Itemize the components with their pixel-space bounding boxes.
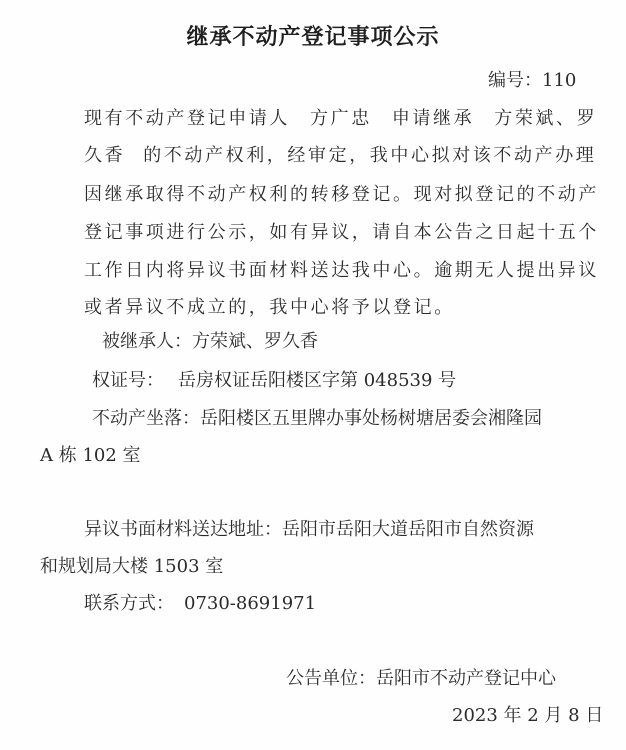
certificate-field: 权证号：岳房权证岳阳楼区字第 048539 号 (92, 366, 456, 392)
applicant-name: 方广忠 (310, 108, 372, 129)
location-value-line1: 岳阳楼区五里牌办事处杨树塘居委会湘隆园 (200, 408, 542, 429)
body-line-3: 因继承取得不动产权利的转移登记。现对拟登记的不动产 (84, 180, 599, 206)
objection-address-label: 异议书面材料送达地址： (84, 519, 282, 540)
notice-date: 2023 年 2 月 8 日 (452, 701, 603, 727)
body-text: 的不动产权利，经审定，我中心拟对该不动产办理 (143, 145, 596, 166)
certificate-label: 权证号： (92, 370, 164, 391)
body-text: 现有不动产登记申请人 (84, 108, 290, 129)
body-line-2: 久香的不动产权利，经审定，我中心拟对该不动产办理 (84, 141, 596, 167)
contact-value: 0730-8691971 (184, 593, 316, 614)
serial-value: 110 (542, 70, 576, 91)
serial-number: 编号：110 (488, 66, 576, 92)
body-text: 申请继承 (392, 108, 474, 129)
contact-label: 联系方式： (84, 593, 174, 614)
objection-address-line2: 和规划局大楼 1503 室 (40, 552, 223, 578)
notice-title: 继承不动产登记事项公示 (0, 20, 626, 51)
objection-address-line1: 岳阳市岳阳大道岳阳市自然资源 (282, 519, 534, 540)
decedent-names-part1: 方荣斌、罗 (494, 108, 597, 129)
decedent-names-part2: 久香 (84, 145, 125, 166)
issuer-value: 岳阳市不动产登记中心 (376, 668, 556, 689)
notice-page: 继承不动产登记事项公示 编号：110 现有不动产登记申请人方广忠申请继承方荣斌、… (0, 0, 626, 750)
location-value-line2: A 栋 102 室 (40, 441, 141, 467)
location-label: 不动产坐落： (92, 408, 200, 429)
issuer-field: 公告单位：岳阳市不动产登记中心 (286, 664, 556, 690)
contact-field: 联系方式：0730-8691971 (84, 589, 316, 615)
body-line-4: 登记事项进行公示，如有异议，请自本公告之日起十五个 (84, 218, 599, 244)
decedent-value: 方荣斌、罗久香 (192, 331, 318, 352)
issuer-label: 公告单位： (286, 668, 376, 689)
decedent-field: 被继承人：方荣斌、罗久香 (102, 327, 318, 353)
decedent-label: 被继承人： (102, 331, 192, 352)
body-line-5: 工作日内将异议书面材料送达我中心。逾期无人提出异议 (84, 256, 599, 282)
serial-label: 编号： (488, 70, 542, 91)
objection-address-field: 异议书面材料送达地址：岳阳市岳阳大道岳阳市自然资源 (84, 515, 534, 541)
certificate-value: 岳房权证岳阳楼区字第 048539 号 (178, 370, 456, 391)
location-field: 不动产坐落：岳阳楼区五里牌办事处杨树塘居委会湘隆园 (92, 404, 542, 430)
body-line-6: 或者异议不成立的，我中心将予以登记。 (84, 293, 455, 319)
body-line-1: 现有不动产登记申请人方广忠申请继承方荣斌、罗 (84, 104, 597, 130)
